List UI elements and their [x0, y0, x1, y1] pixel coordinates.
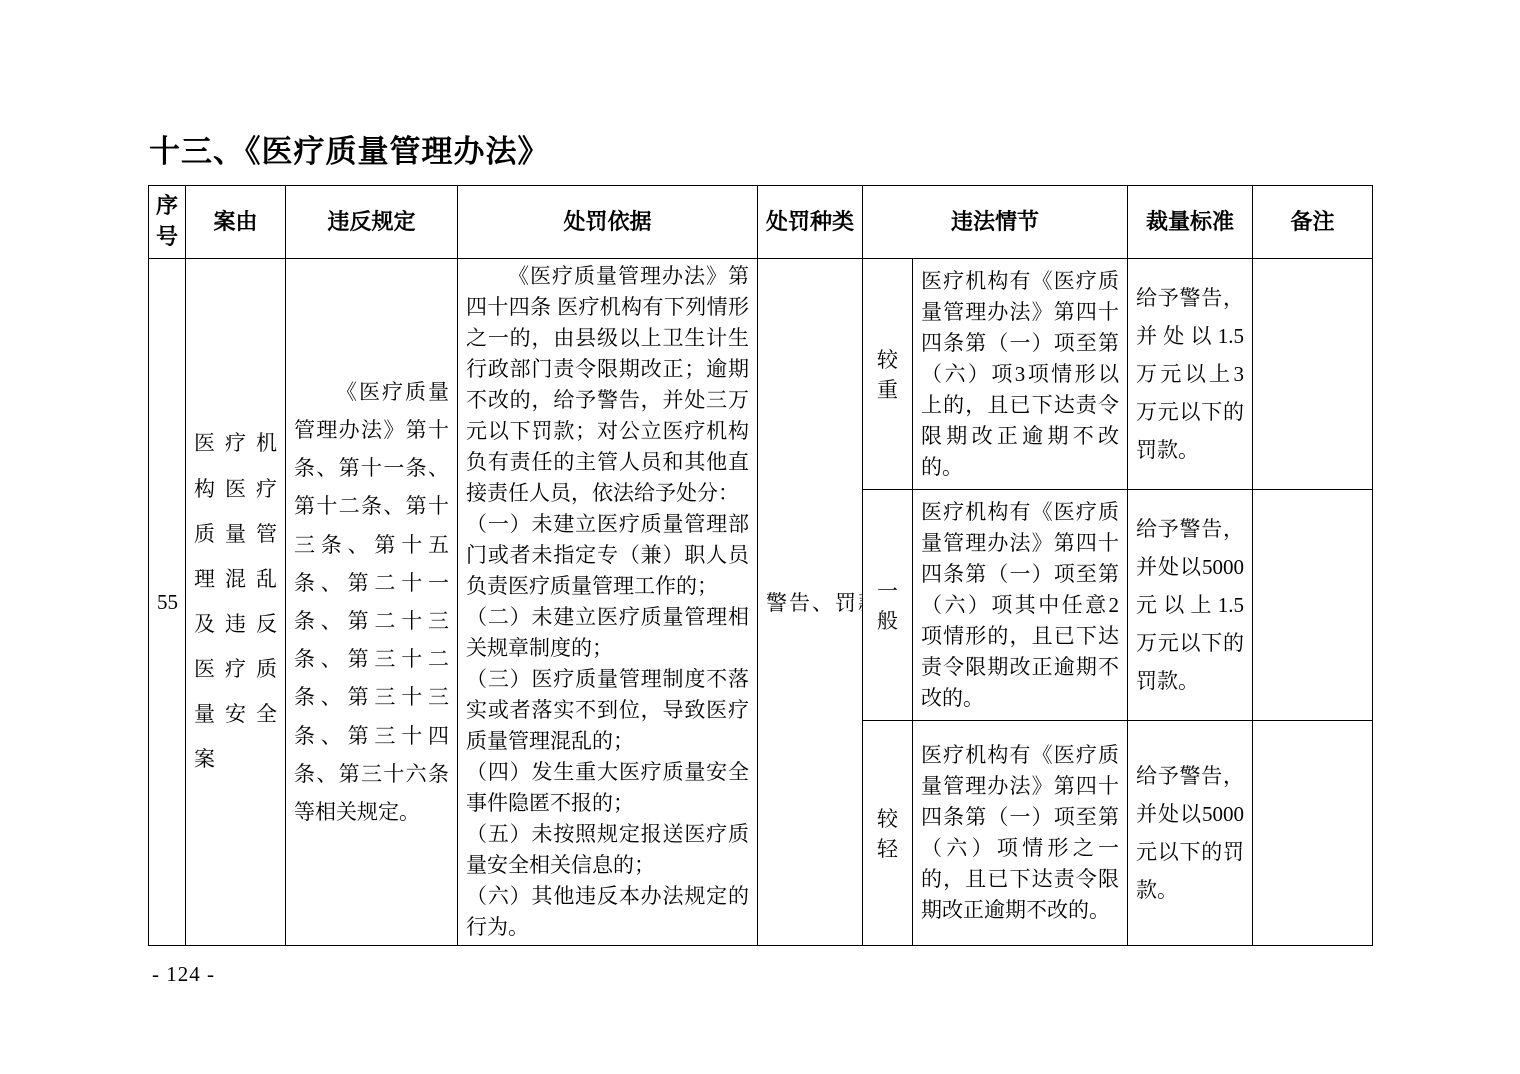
- basis-item-3: （三）医疗质量管理制度不落实或者落实不到位，导致医疗质量管理混乱的；: [466, 664, 749, 757]
- cause-cell: 医疗机构医疗质量管理混乱及违反医疗质量安全案: [186, 259, 286, 946]
- row-index: 55: [149, 259, 186, 946]
- table-row-severe: 55 医疗机构医疗质量管理混乱及违反医疗质量安全案 《医疗质量管理办法》第十条、…: [149, 259, 1373, 490]
- standard-cell-general: 给予警告，并处以5000元以上1.5万元以下的罚款。: [1128, 490, 1253, 721]
- remark-cell-severe: [1253, 259, 1373, 490]
- standard-cell-severe: 给予警告，并处以1.5万元以上3万元以下的罚款。: [1128, 259, 1253, 490]
- basis-cell: 《医疗质量管理办法》第四十四条 医疗机构有下列情形之一的，由县级以上卫生计生行政…: [458, 259, 758, 946]
- standard-text-general: 给予警告，并处以5000元以上1.5万元以下的罚款。: [1136, 510, 1244, 700]
- document-page: { "page": { "title": "十三、《医疗质量管理办法》", "p…: [0, 0, 1520, 1074]
- circumstance-cell-general: 医疗机构有《医疗质量管理办法》第四十四条第（一）项至第（六）项其中任意2项情形的…: [913, 490, 1128, 721]
- basis-item-4: （四）发生重大医疗质量安全事件隐匿不报的；: [466, 757, 749, 819]
- header-index: 序号: [149, 186, 186, 259]
- table-header-row: 序号 案由 违反规定 处罚依据 处罚种类 违法情节 裁量标准 备注: [149, 186, 1373, 259]
- standard-text-light: 给予警告，并处以5000元以下的罚款。: [1136, 757, 1244, 909]
- penalty-type-cell: 警告、罚款: [758, 259, 863, 946]
- circumstance-text-severe: 医疗机构有《医疗质量管理办法》第四十四条第（一）项至第（六）项3项情形以上的，且…: [921, 266, 1119, 483]
- basis-item-5: （五）未按照规定报送医疗质量安全相关信息的；: [466, 819, 749, 881]
- header-cause: 案由: [186, 186, 286, 259]
- severity-label-severe: 较重: [863, 259, 913, 490]
- standard-cell-light: 给予警告，并处以5000元以下的罚款。: [1128, 721, 1253, 946]
- circumstance-text-general: 医疗机构有《医疗质量管理办法》第四十四条第（一）项至第（六）项其中任意2项情形的…: [921, 497, 1119, 714]
- violated-text: 《医疗质量管理办法》第十条、第十一条、第十二条、第十三条、第十五条、第二十一条、…: [294, 373, 449, 832]
- header-penalty-type: 处罚种类: [758, 186, 863, 259]
- basis-intro: 《医疗质量管理办法》第四十四条 医疗机构有下列情形之一的，由县级以上卫生计生行政…: [466, 261, 749, 509]
- standard-text-severe: 给予警告，并处以1.5万元以上3万元以下的罚款。: [1136, 279, 1244, 469]
- header-standard: 裁量标准: [1128, 186, 1253, 259]
- remark-cell-general: [1253, 490, 1373, 721]
- basis-item-6: （六）其他违反本办法规定的行为。: [466, 881, 749, 943]
- circumstance-cell-severe: 医疗机构有《医疗质量管理办法》第四十四条第（一）项至第（六）项3项情形以上的，且…: [913, 259, 1128, 490]
- basis-item-2: （二）未建立医疗质量管理相关规章制度的；: [466, 602, 749, 664]
- cause-text: 医疗机构医疗质量管理混乱及违反医疗质量安全案: [194, 421, 277, 782]
- remark-cell-light: [1253, 721, 1373, 946]
- circumstance-cell-light: 医疗机构有《医疗质量管理办法》第四十四条第（一）项至第（六）项情形之一的，且已下…: [913, 721, 1128, 946]
- violated-cell: 《医疗质量管理办法》第十条、第十一条、第十二条、第十三条、第十五条、第二十一条、…: [286, 259, 458, 946]
- header-basis: 处罚依据: [458, 186, 758, 259]
- penalty-table: 序号 案由 违反规定 处罚依据 处罚种类 违法情节 裁量标准 备注 55 医疗机…: [148, 185, 1373, 946]
- header-remark: 备注: [1253, 186, 1373, 259]
- header-circumstance: 违法情节: [863, 186, 1128, 259]
- page-title: 十三、《医疗质量管理办法》: [149, 126, 550, 171]
- header-violated: 违反规定: [286, 186, 458, 259]
- severity-label-light: 较轻: [863, 721, 913, 946]
- page-number: - 124 -: [152, 962, 215, 987]
- basis-item-1: （一）未建立医疗质量管理部门或者未指定专（兼）职人员负责医疗质量管理工作的；: [466, 509, 749, 602]
- circumstance-text-light: 医疗机构有《医疗质量管理办法》第四十四条第（一）项至第（六）项情形之一的，且已下…: [921, 740, 1119, 926]
- severity-label-general: 一般: [863, 490, 913, 721]
